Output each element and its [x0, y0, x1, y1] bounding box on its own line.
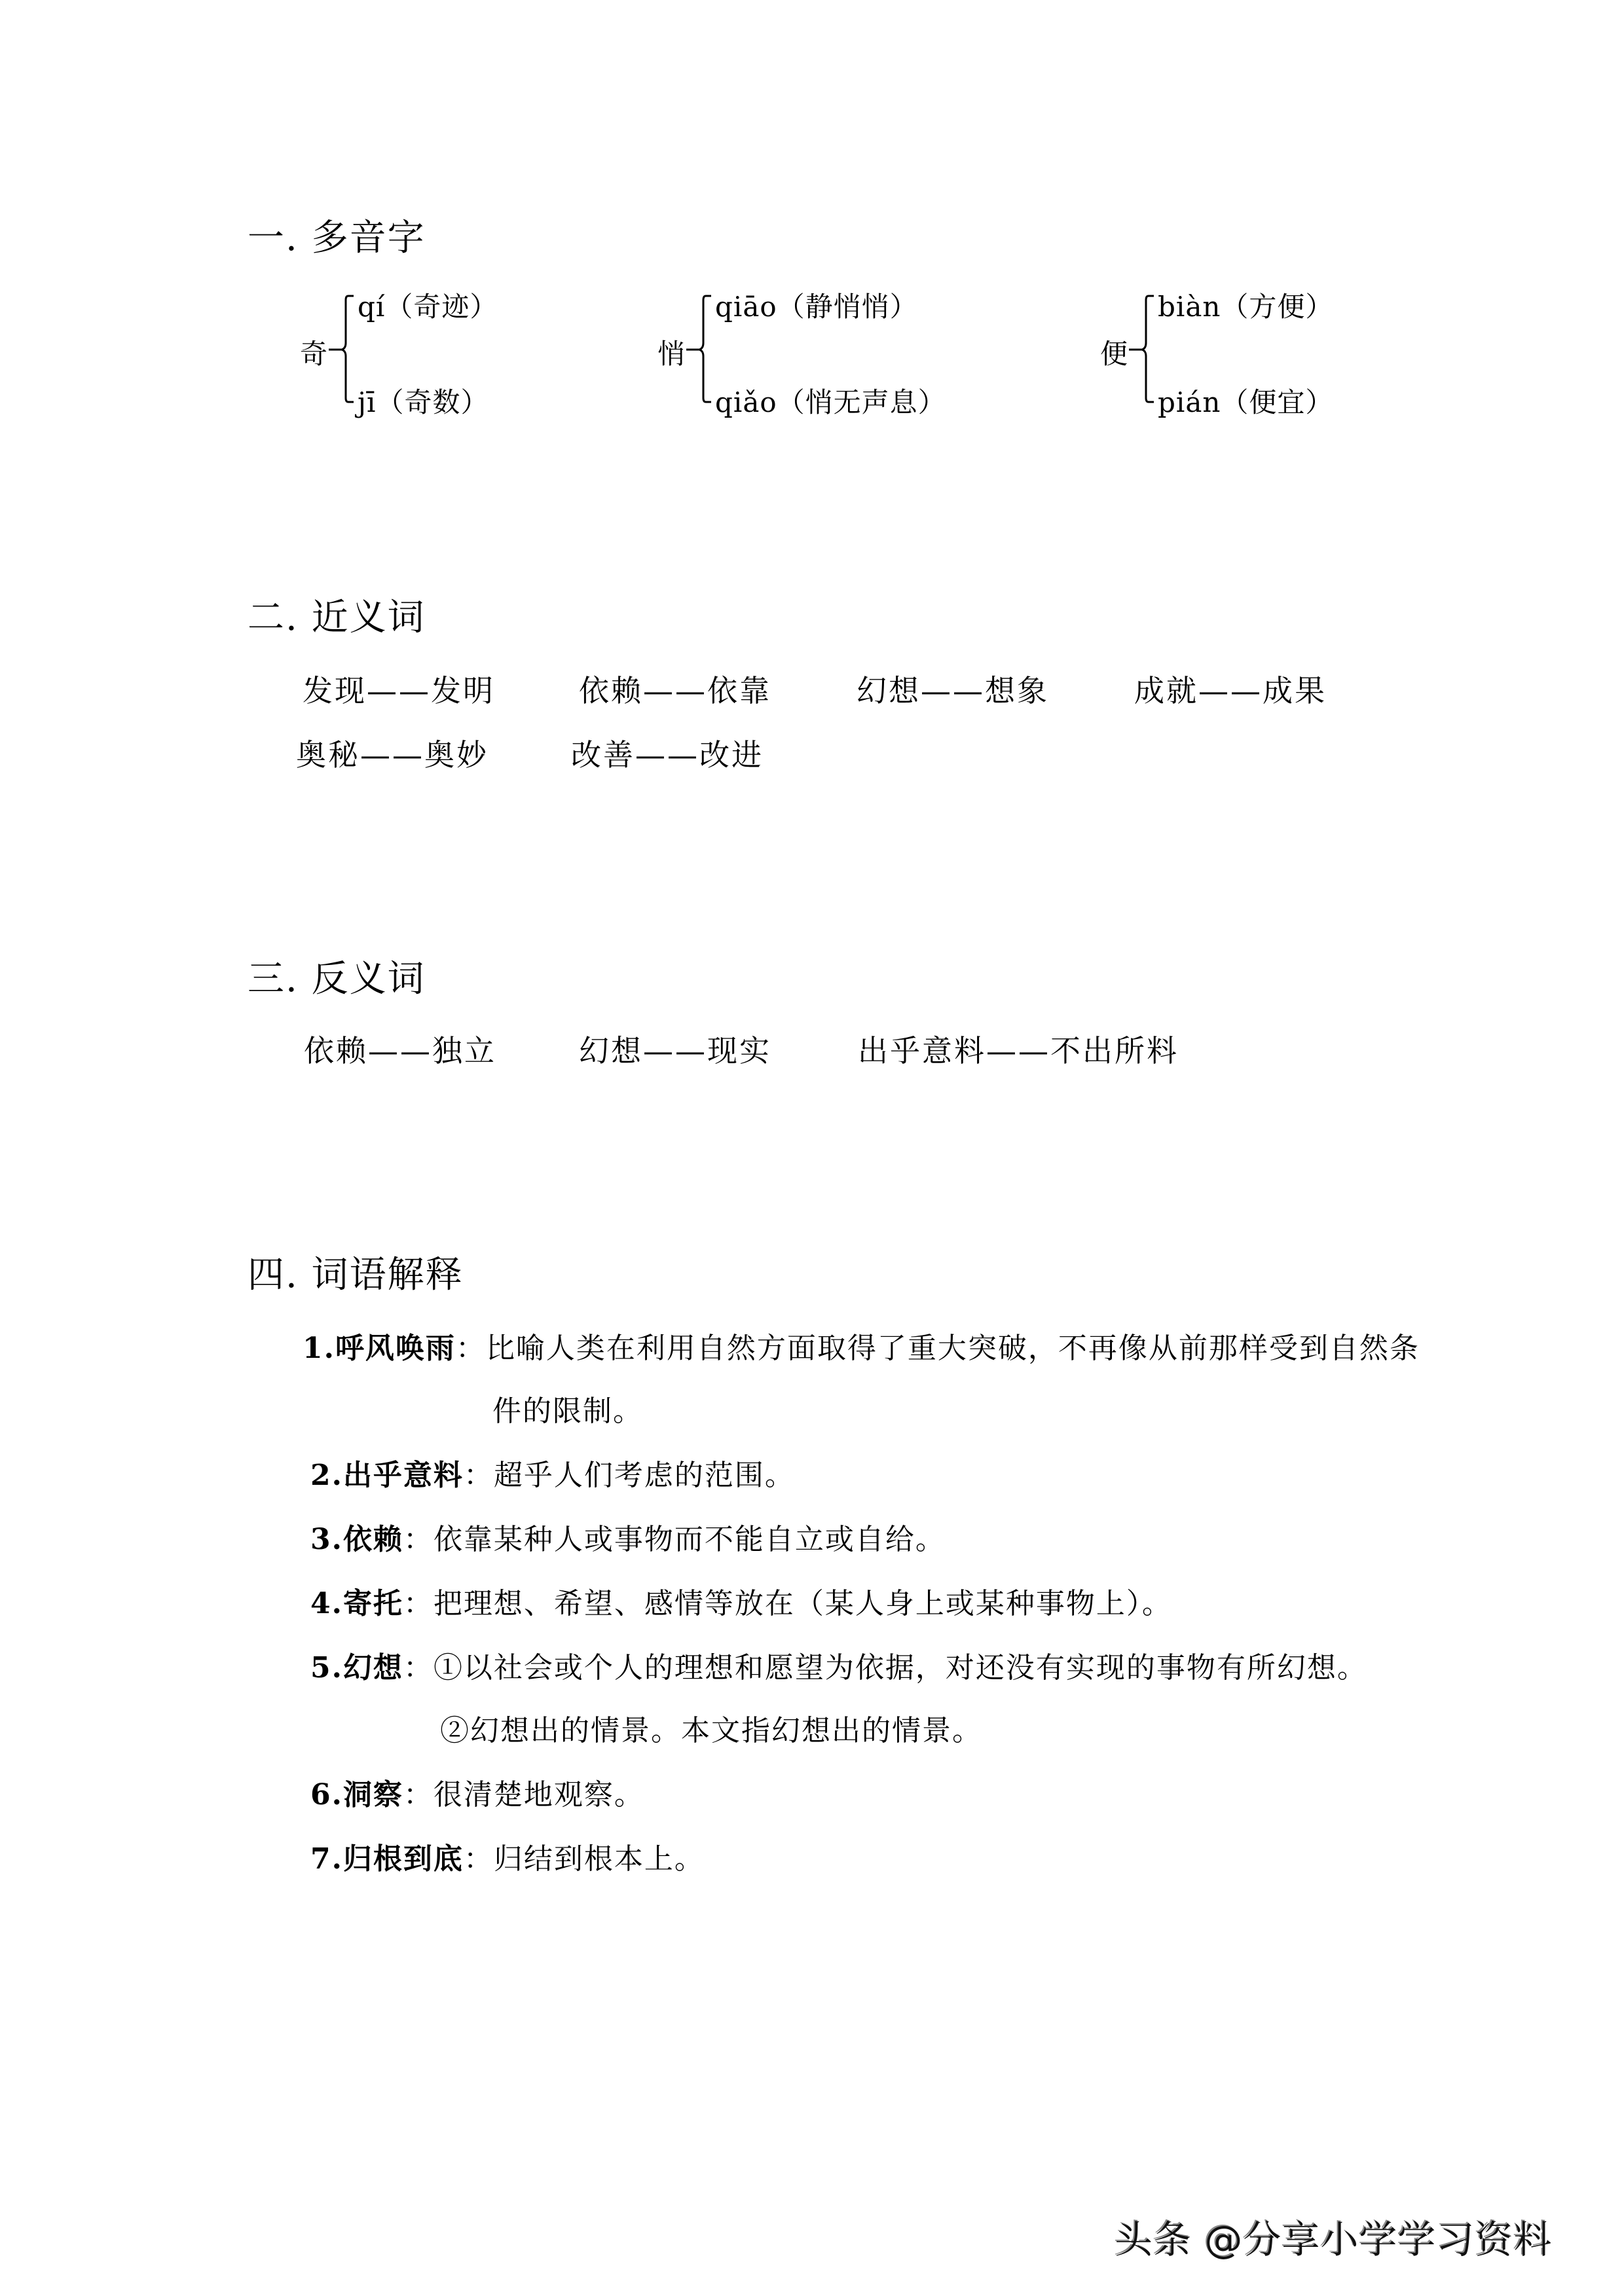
definition-text: 把理想、希望、感情等放在（某人身上或某种事物上）。 — [434, 1587, 1172, 1620]
brace-icon — [329, 293, 355, 405]
brace-icon — [686, 293, 712, 405]
polyphonic-reading: pián（便宜） — [1158, 389, 1333, 416]
synonym-pair: 依赖——依靠 — [579, 676, 771, 706]
definition-item: 2.出乎意料：超乎人们考虑的范围。 — [310, 1461, 795, 1490]
polyphonic-reading: qiāo（静悄悄） — [715, 293, 918, 321]
synonym-pair: 幻想——想象 — [857, 676, 1049, 706]
antonym-pair: 幻想——现实 — [579, 1036, 771, 1066]
section-title-definitions: 四. 词语解释 — [248, 1257, 464, 1294]
definition-continuation: ②幻想出的情景。本文指幻想出的情景。 — [440, 1717, 982, 1745]
synonym-pair: 奥秘——奥妙 — [296, 740, 489, 770]
definition-item: 4.寄托：把理想、希望、感情等放在（某人身上或某种事物上）。 — [310, 1590, 1172, 1618]
definition-text: 很清楚地观察。 — [434, 1778, 644, 1812]
watermark: 头条 @分享小学学习资料 — [1115, 2221, 1552, 2259]
definition-term: 4.寄托 — [310, 1587, 403, 1620]
antonym-pair: 依赖——独立 — [304, 1036, 496, 1066]
synonym-row: 发现——发明 依赖——依靠 幻想——想象 成就——成果 — [0, 676, 1624, 708]
polyphonic-item: 悄 qiāo（静悄悄） qiǎo（悄无声息） — [657, 293, 1050, 418]
section-title-polyphonic: 一. 多音字 — [248, 220, 426, 257]
synonym-row: 奥秘——奥妙 改善——改进 — [0, 740, 1624, 773]
definition-item: 7.归根到底：归结到根本上。 — [310, 1845, 705, 1874]
synonym-pair: 改善——改进 — [571, 740, 764, 770]
definition-term: 3.依赖 — [310, 1523, 403, 1556]
definition-item: 6.洞察：很清楚地观察。 — [310, 1781, 644, 1810]
polyphonic-item: 便 biàn（方便） pián（便宜） — [1100, 293, 1493, 418]
definition-item: 3.依赖：依靠某种人或事物而不能自立或自给。 — [310, 1525, 946, 1554]
definition-item: 1.呼风唤雨：比喻人类在利用自然方面取得了重大突破，不再像从前那样受到自然条 — [303, 1334, 1420, 1363]
brace-icon — [1129, 293, 1155, 405]
synonym-pair: 发现——发明 — [303, 676, 495, 706]
polyphonic-item: 奇 qí（奇迹） jī（奇数） — [300, 293, 693, 418]
definition-continuation: 件的限制。 — [492, 1397, 643, 1426]
definition-term: 7.归根到底 — [310, 1842, 464, 1876]
definition-text: 依靠某种人或事物而不能自立或自给。 — [434, 1523, 946, 1556]
definition-text: 归结到根本上。 — [494, 1842, 705, 1876]
polyphonic-char: 便 — [1100, 340, 1128, 368]
definition-term: 5.幻想 — [310, 1651, 403, 1685]
polyphonic-reading: qiǎo（悄无声息） — [715, 389, 946, 416]
section-title-antonyms: 三. 反义词 — [248, 961, 426, 998]
polyphonic-reading: biàn（方便） — [1158, 293, 1333, 321]
definition-term: 6.洞察 — [310, 1778, 403, 1812]
definition-term: 2.出乎意料 — [310, 1459, 464, 1492]
definition-item: 5.幻想：①以社会或个人的理想和愿望为依据，对还没有实现的事物有所幻想。 — [310, 1654, 1367, 1683]
definition-text: 超乎人们考虑的范围。 — [494, 1459, 795, 1492]
polyphonic-reading: jī（奇数） — [358, 389, 489, 416]
definition-text: 比喻人类在利用自然方面取得了重大突破，不再像从前那样受到自然条 — [486, 1332, 1420, 1365]
definition-text: ①以社会或个人的理想和愿望为依据，对还没有实现的事物有所幻想。 — [434, 1651, 1367, 1685]
antonym-pair: 出乎意料——不出所料 — [858, 1036, 1179, 1066]
section-title-synonyms: 二. 近义词 — [248, 600, 426, 636]
antonym-row: 依赖——独立 幻想——现实 出乎意料——不出所料 — [0, 1036, 1624, 1068]
polyphonic-reading: qí（奇迹） — [358, 293, 498, 321]
definition-term: 1.呼风唤雨 — [303, 1332, 456, 1365]
polyphonic-char: 奇 — [300, 340, 327, 368]
synonym-pair: 成就——成果 — [1134, 676, 1327, 706]
polyphonic-char: 悄 — [657, 340, 685, 368]
